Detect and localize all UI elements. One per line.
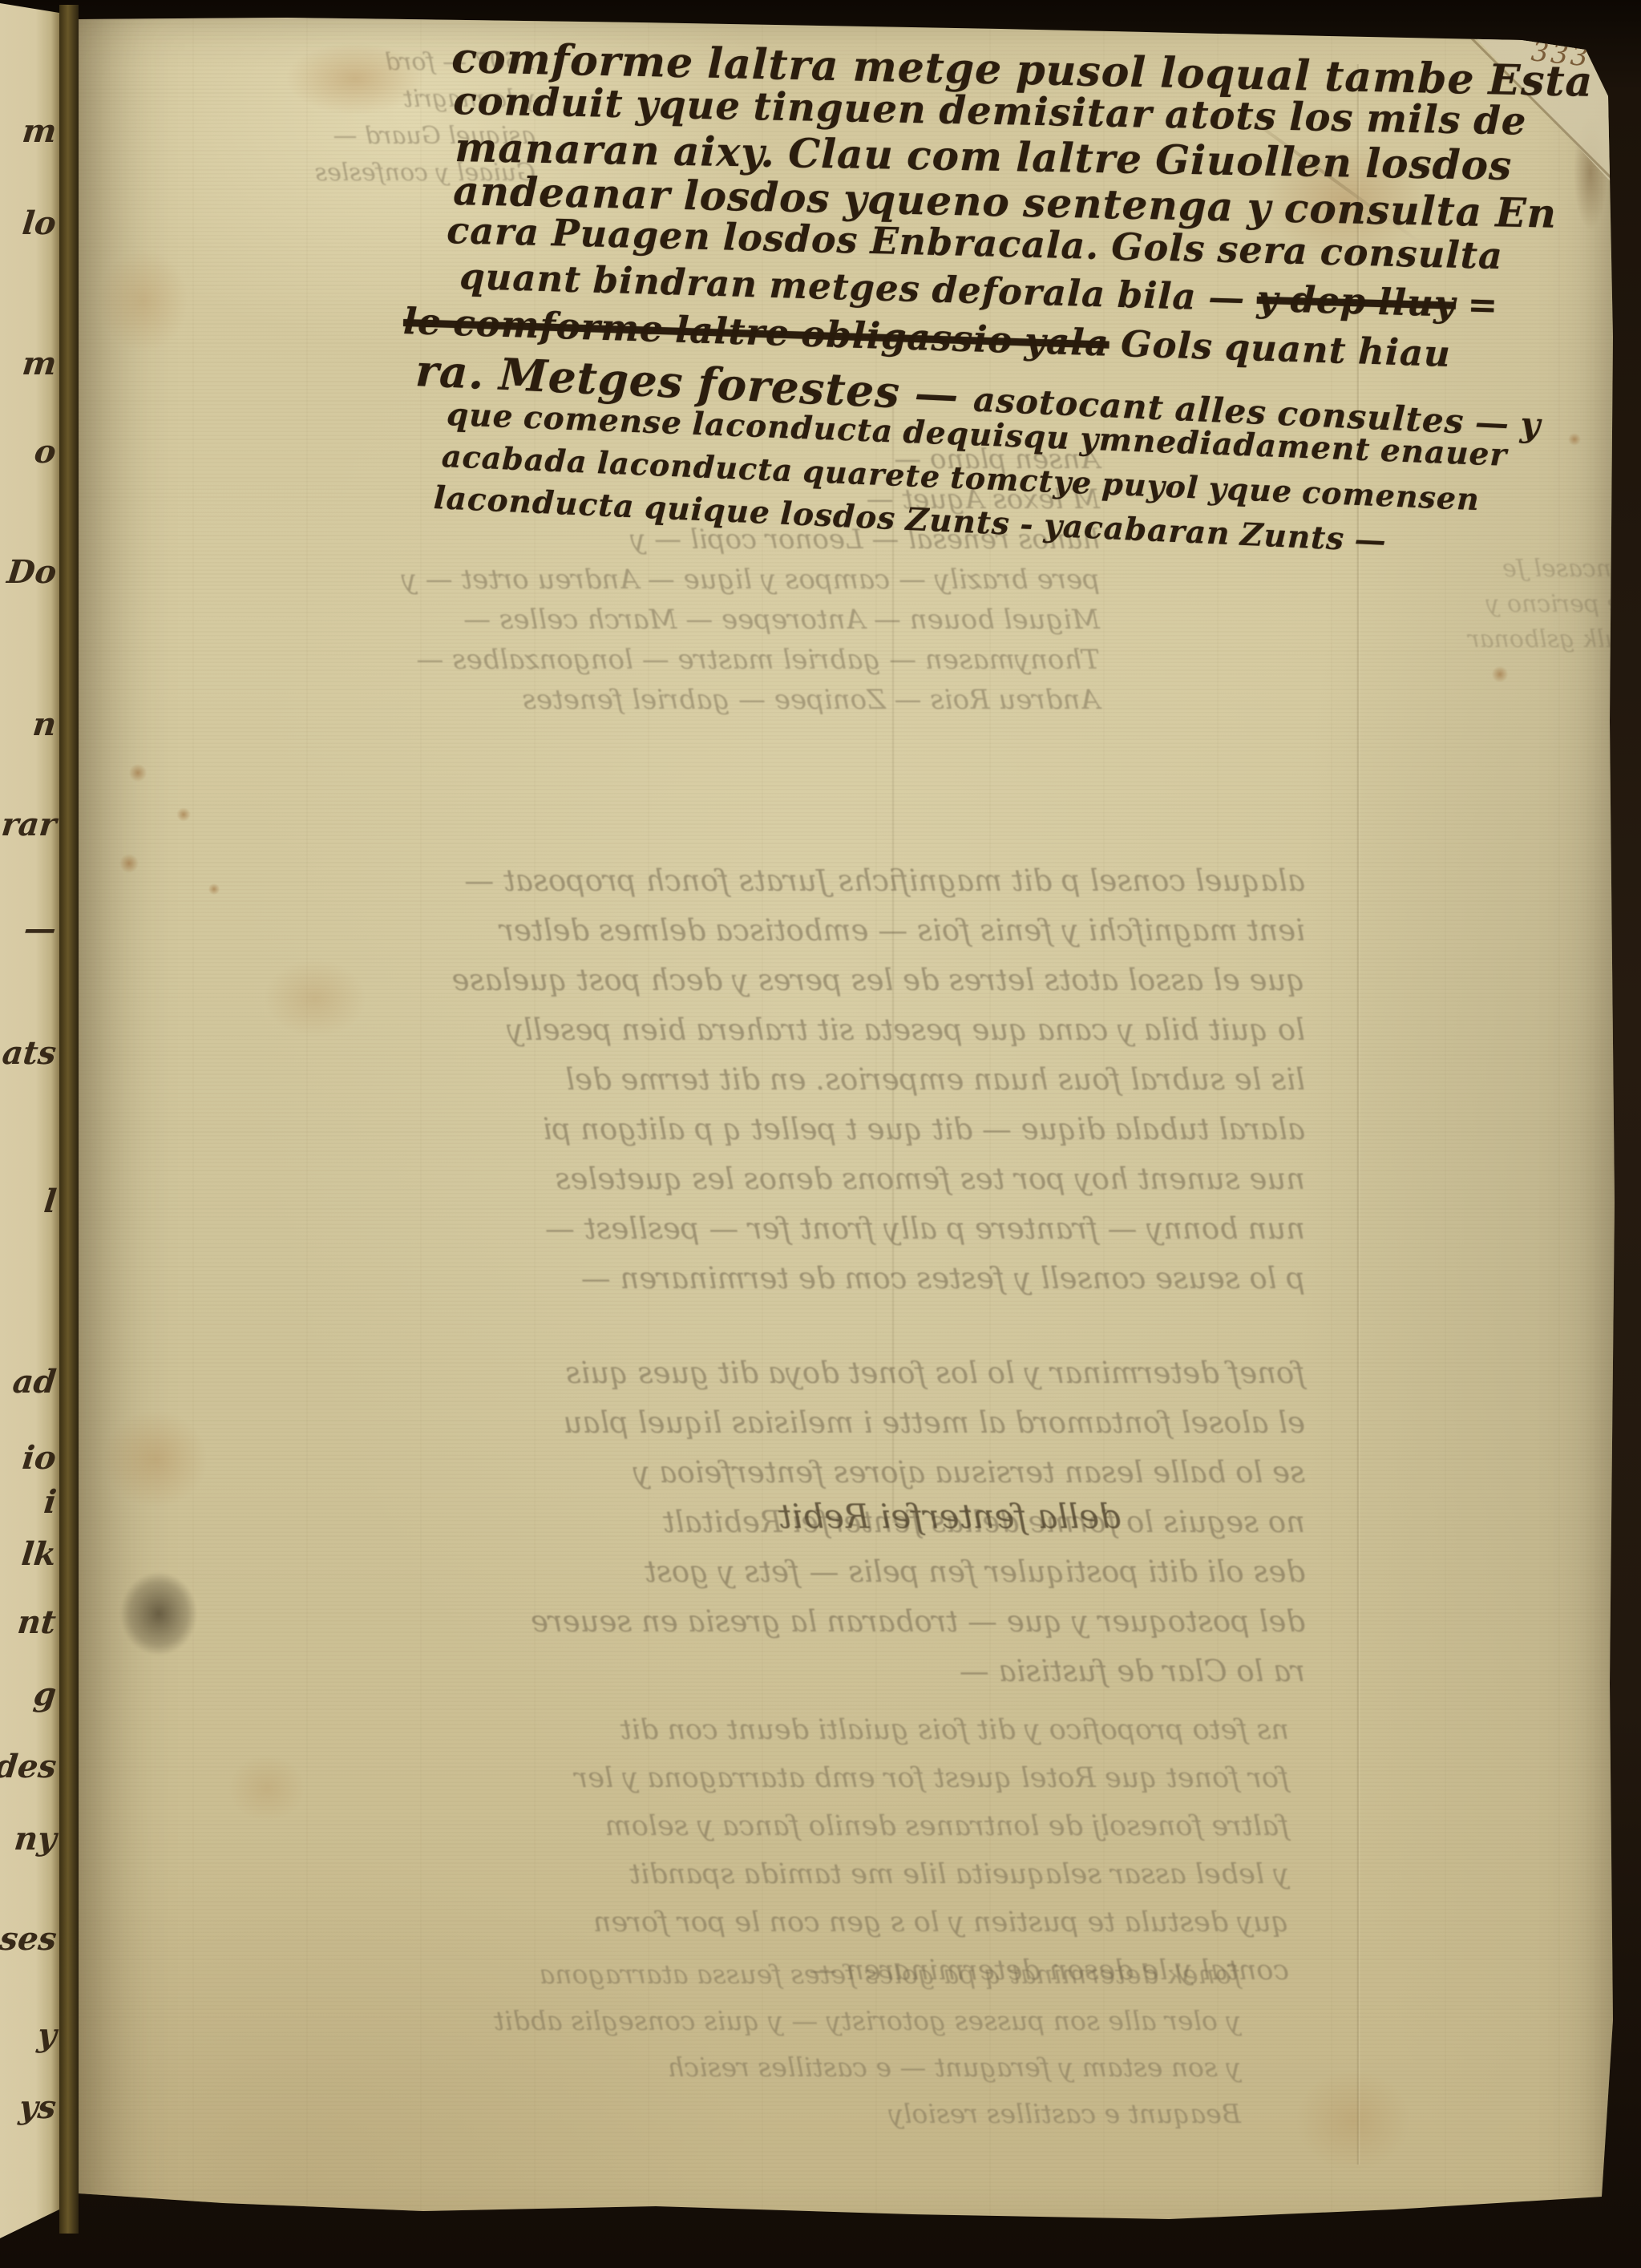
bleedthrough-line: ra lo Clar de fustisia — (95, 1647, 1305, 1696)
manuscript-page: 1607 — fordy la magritasiquel Guard —Gui… (79, 0, 1618, 2268)
margin-ink-fragment: o (33, 433, 59, 471)
bleedthrough-line: fonef determinar y lo los fonet doya dit… (95, 1348, 1305, 1398)
bleedthrough-paragraph-4: fonek determinat q pa goles fetes feussa… (95, 1951, 1241, 2137)
margin-ink-fragment: n (30, 705, 58, 743)
margin-ink-fragment: ad (11, 1363, 59, 1401)
facing-page-strip: mlomoDonrar—atsladioilkntgidesnyasesyys (0, 0, 59, 2268)
manuscript-scan: mlomoDonrar—atsladioilkntgidesnyasesyys … (0, 0, 1641, 2268)
margin-ink-fragment: g (32, 1676, 59, 1713)
bleedthrough-line: for fonet que Rotel quest for emb atarra… (95, 1754, 1289, 1802)
bleedthrough-line: ns feto propofico y dit fois guialti deu… (95, 1706, 1289, 1754)
bleedthrough-line: nun bonny — frantere p ally front fer — … (95, 1204, 1305, 1254)
stain (1277, 2052, 1429, 2189)
foxing-spot (175, 806, 192, 823)
bleedthrough-line: lo quit bila y cana que peseta sit trahe… (95, 1005, 1305, 1055)
margin-ink-fragment: — (22, 910, 59, 948)
bleedthrough-dark-strikeover: della fenterfei Rebit (672, 1493, 1121, 1541)
margin-ink-fragment: ats (1, 1034, 59, 1072)
margin-ink-fragment: y (35, 2016, 58, 2054)
margin-ink-fragment: ases (0, 1920, 58, 1958)
bleedthrough-line: que el assol atots letres de les peres y… (95, 956, 1305, 1005)
bleedthrough-line: p lo seuse consell y festes com de termi… (95, 1254, 1305, 1304)
margin-ink-fragment: lo (21, 204, 59, 242)
ink-segment: Gols quant hiau (1109, 322, 1452, 375)
margin-ink-fragment: l (42, 1183, 58, 1220)
bleedthrough-line: y lebel assar selaqueita lile me tamida … (95, 1850, 1289, 1898)
margin-ink-fragment: io (21, 1439, 59, 1477)
margin-ink-fragment: Do (5, 553, 58, 591)
bleedthrough-line: des oli diti postiquler fen pelis — fets… (95, 1547, 1305, 1597)
foxing-spot (117, 851, 141, 875)
bleedthrough-line: Beaqunt e castilles resioly (95, 2091, 1241, 2137)
bleedthrough-line: faltre fonesolj de lontranes denilo fanc… (95, 1802, 1289, 1850)
bleedthrough-line: fonek determinat q pa goles fetes feussa… (95, 1951, 1241, 1998)
stain (83, 232, 204, 369)
margin-ink-fragment: lk (20, 1535, 59, 1573)
binding-gutter (59, 5, 79, 2234)
margin-ink-fragment: rar (0, 806, 58, 843)
bleedthrough-line: Miguel bouen — Antorepee — March celles … (114, 600, 1100, 640)
bleedthrough-line: alaquel consel p dit magnifichs Jurats f… (95, 856, 1305, 906)
bleedthrough-line: y oler alle son pusses gotoristy — y qui… (95, 1998, 1241, 2044)
margin-ink-fragment: m (20, 345, 58, 382)
bleedthrough-paragraph-1: alaquel consel p dit magnifichs Jurats f… (95, 856, 1305, 1304)
bleedthrough-line: le pericno y (1252, 587, 1629, 622)
bleedthrough-line: Andreu Rois — Zonipee — gabriel fenetes (114, 680, 1100, 720)
ink-segment: = (1455, 283, 1499, 326)
margin-ink-fragment: m (20, 112, 58, 150)
foxing-spot (1489, 664, 1510, 685)
foxing-spot (127, 762, 149, 784)
bleedthrough-line: alaral tubala dique — dit que t pellet q… (95, 1105, 1305, 1154)
bleedthrough-line: della fenterfei Rebit (672, 1493, 1121, 1541)
ink-blot (111, 1562, 207, 1666)
foxing-spot (207, 882, 221, 896)
margin-ink-fragment: ides (0, 1748, 58, 1785)
bleedthrough-line: del postoquer y que — trobaran la gresia… (95, 1597, 1305, 1647)
bleedthrough-line: Thonymasen — gabriel mastre — longonzalb… (114, 640, 1100, 680)
margin-ink-fragment: ys (18, 2088, 59, 2126)
bleedthrough-line: ient magnifchi y fenis fois — embotisca … (95, 906, 1305, 956)
ink-text-block: comforme laltra metge pusol loqual tambe… (452, 32, 1629, 577)
ink-segment-struck: y dep lluy (1256, 277, 1456, 325)
bleedthrough-line: fulk gslbonar (1252, 622, 1629, 657)
bleedthrough-line: y son estam y feragunt — e castilles res… (95, 2044, 1241, 2091)
bleedthrough-line: nue sunent hoy por tes femons denos les … (95, 1154, 1305, 1204)
margin-ink-fragment: i (42, 1483, 58, 1521)
bleedthrough-line: quy destula te pustien y lo s gen con le… (95, 1898, 1289, 1947)
bleedthrough-line: lis le subral fous huan emperios. en dit… (95, 1055, 1305, 1105)
bleedthrough-line: se lo balle lesan tersisua ajores fenter… (95, 1448, 1305, 1498)
bleedthrough-line: el alosel fontamord al mette i melisias … (95, 1398, 1305, 1448)
margin-ink-fragment: ny (12, 1820, 58, 1858)
margin-ink-fragment: nt (16, 1603, 59, 1641)
